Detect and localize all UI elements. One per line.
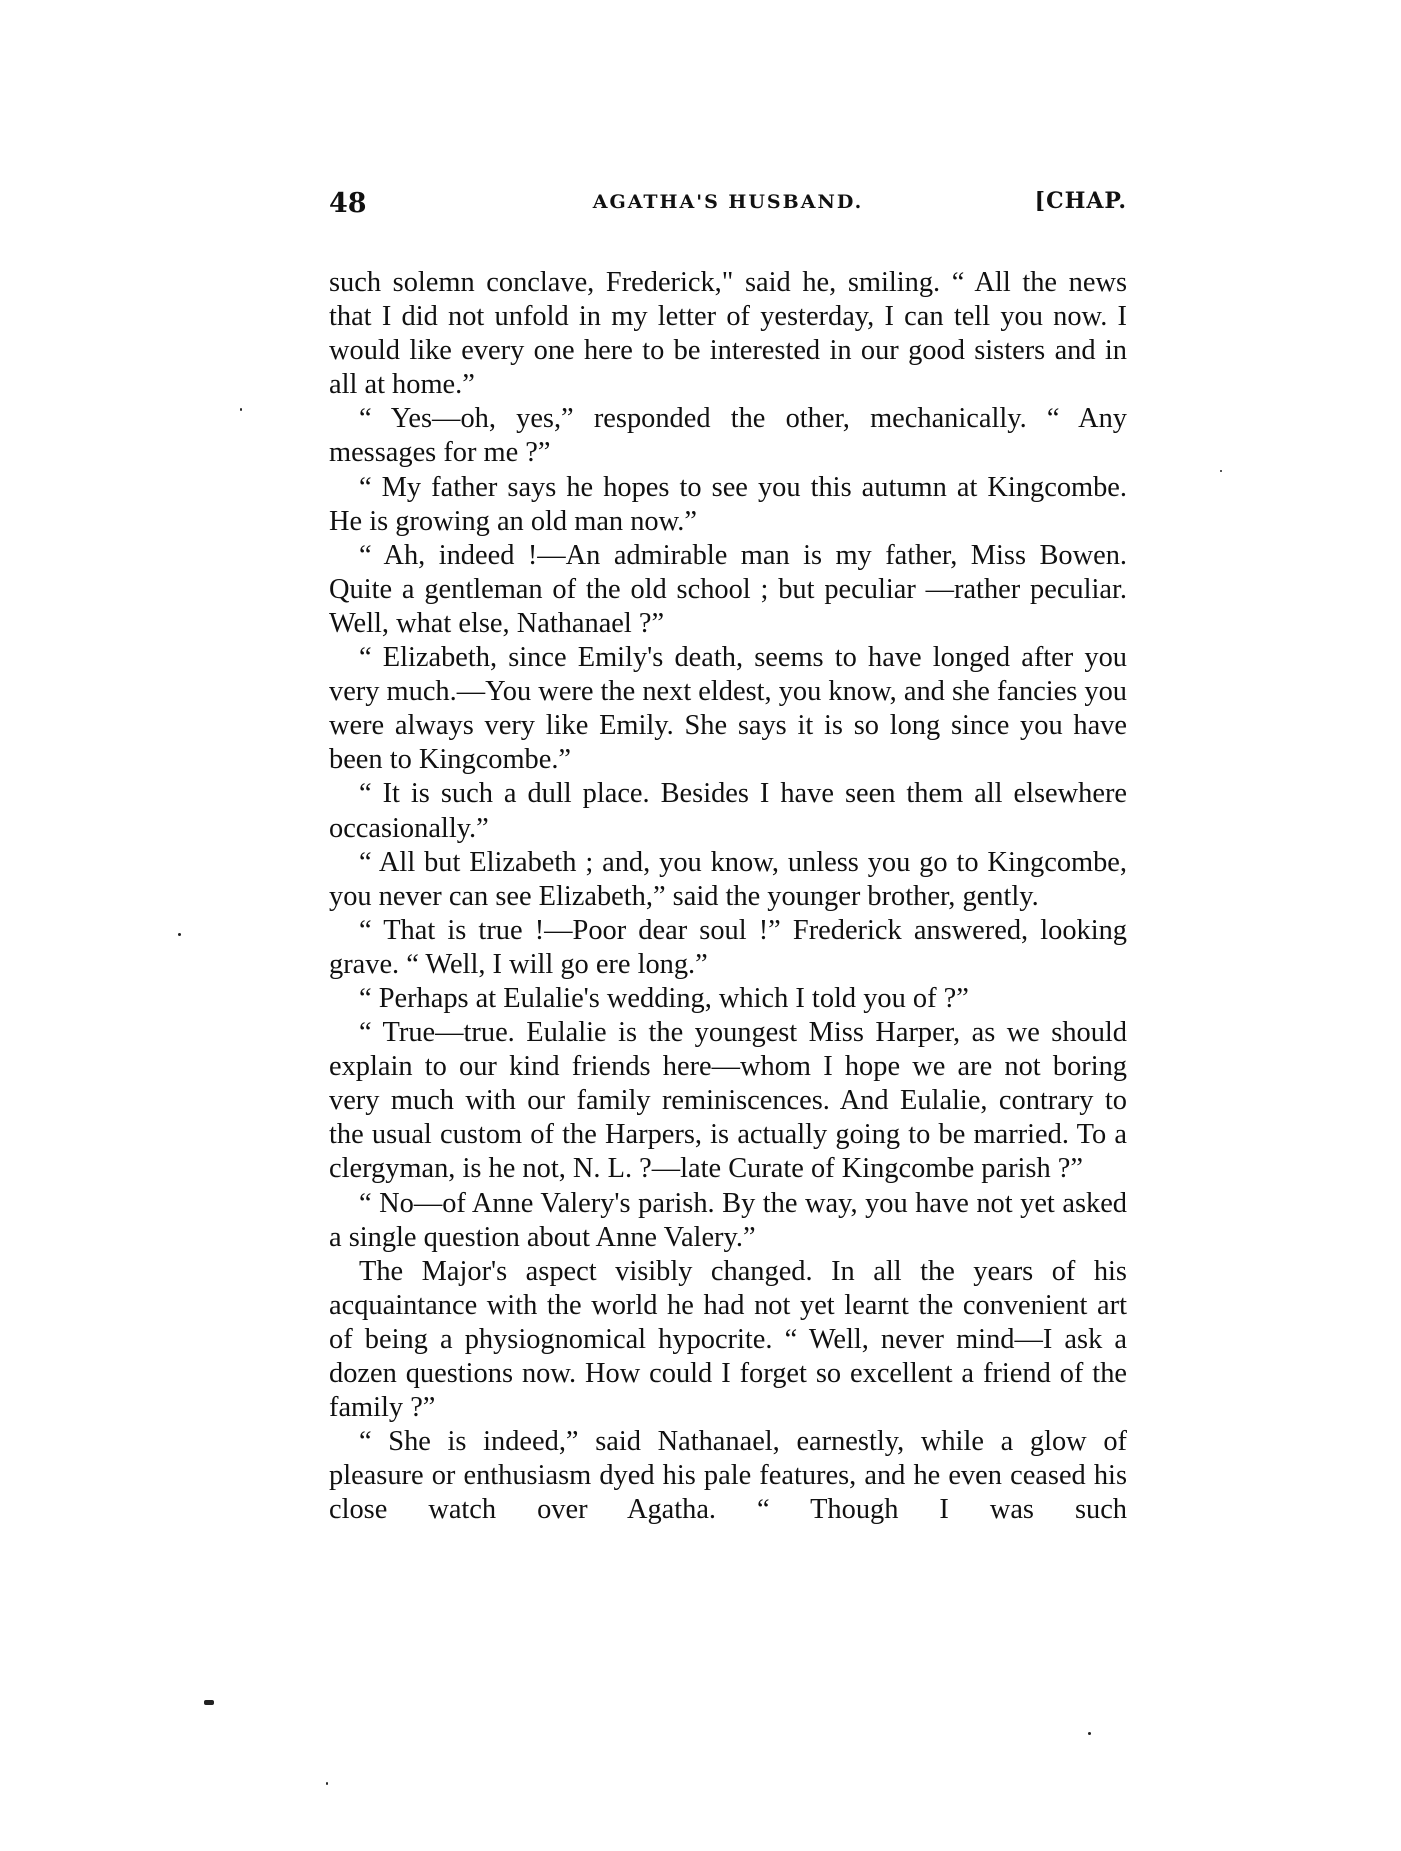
scan-speck xyxy=(1088,1732,1091,1735)
scan-speck xyxy=(1220,470,1222,472)
paragraph: The Major's aspect visibly changed. In a… xyxy=(329,1255,1127,1425)
paragraph: “ It is such a dull place. Besides I hav… xyxy=(329,777,1127,845)
paragraph: “ True—true. Eulalie is the youngest Mis… xyxy=(329,1016,1127,1186)
paragraph: “ That is true !—Poor dear soul !” Frede… xyxy=(329,914,1127,982)
page-header: 48 AGATHA'S HUSBAND. [CHAP. xyxy=(329,188,1127,228)
paragraph: such solemn conclave, Frederick," said h… xyxy=(329,266,1127,402)
body-text: such solemn conclave, Frederick," said h… xyxy=(329,266,1127,1527)
paragraph: “ Perhaps at Eulalie's wedding, which I … xyxy=(329,982,1127,1016)
scan-speck xyxy=(178,933,181,936)
paragraph: “ All but Elizabeth ; and, you know, unl… xyxy=(329,846,1127,914)
paragraph: “ No—of Anne Valery's parish. By the way… xyxy=(329,1187,1127,1255)
chapter-reference: [CHAP. xyxy=(1035,188,1127,214)
paragraph: “ She is indeed,” said Nathanael, earnes… xyxy=(329,1425,1127,1527)
paragraph: “ Yes—oh, yes,” responded the other, mec… xyxy=(329,402,1127,470)
paragraph: “ My father says he hopes to see you thi… xyxy=(329,471,1127,539)
scan-speck xyxy=(240,408,242,411)
running-title: AGATHA'S HUSBAND. xyxy=(329,191,1127,213)
book-page: 48 AGATHA'S HUSBAND. [CHAP. such solemn … xyxy=(0,0,1401,1851)
scan-speck xyxy=(326,1782,328,1785)
paragraph: “ Elizabeth, since Emily's death, seems … xyxy=(329,641,1127,777)
paragraph: “ Ah, indeed !—An admirable man is my fa… xyxy=(329,539,1127,641)
scan-speck xyxy=(204,1700,214,1705)
